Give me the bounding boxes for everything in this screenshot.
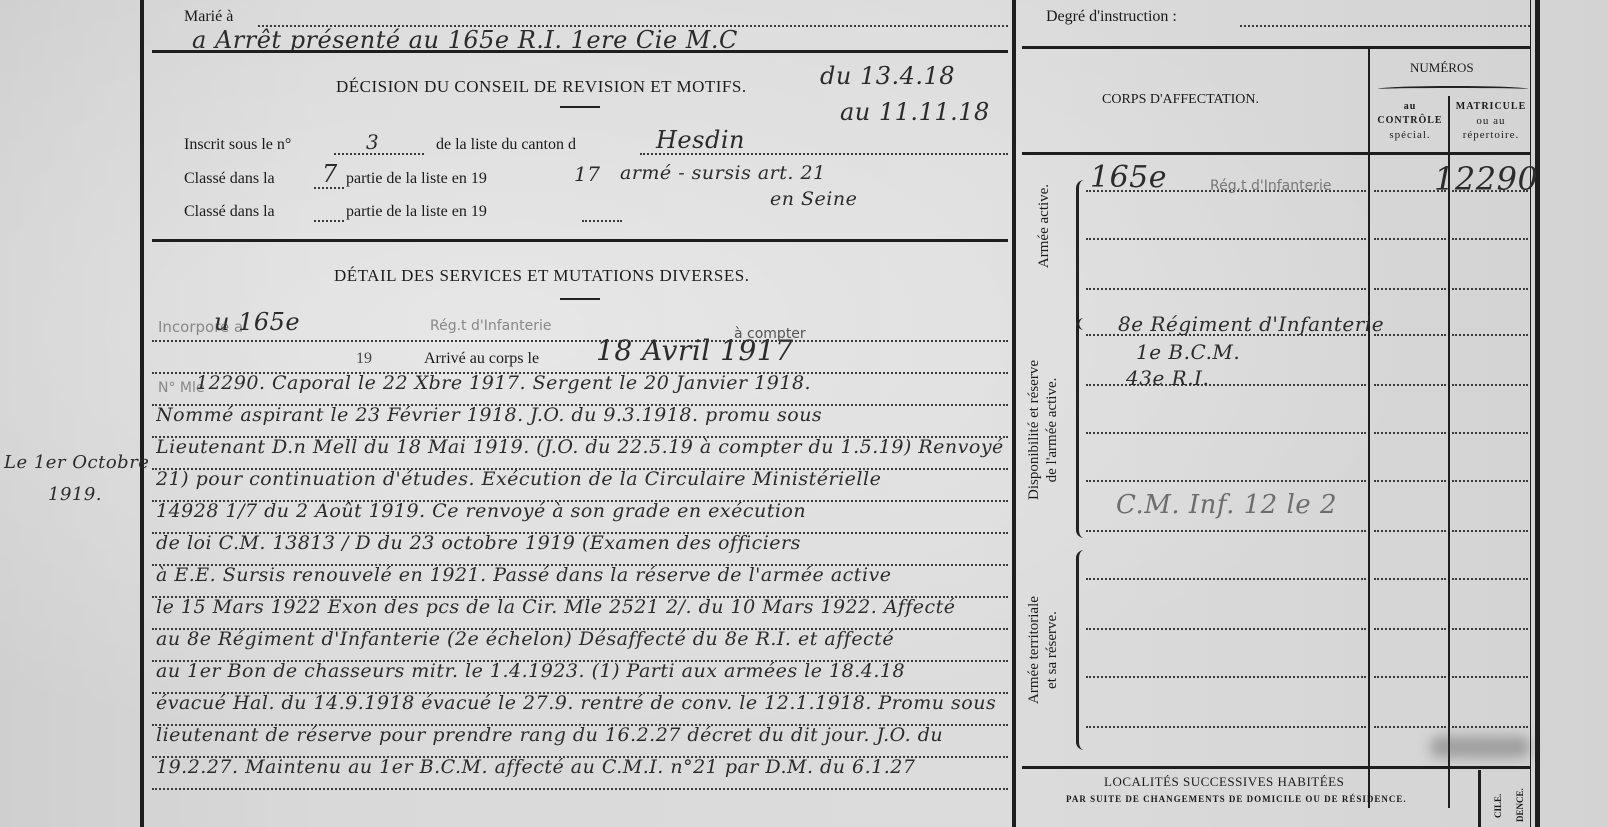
margin-note: Le 1er Octobre — [4, 452, 149, 473]
side-col-1: CILE. — [1490, 794, 1507, 818]
section-territoriale-line2: et sa réserve. — [1044, 560, 1061, 740]
side-col-2: DENCE. — [1512, 788, 1529, 822]
reg-infanterie-stamp: Rég.t d'Infanterie — [430, 318, 551, 334]
section-divider-2 — [152, 239, 1008, 242]
margin-note-year: 1919. — [48, 484, 102, 505]
service-line: de loi C.M. 13813 / D du 23 octobre 1919… — [156, 532, 801, 554]
territoriale-brace — [1076, 550, 1087, 750]
active-entry: 165e — [1090, 160, 1167, 195]
numeros-title: NUMÉROS — [1410, 60, 1474, 76]
classe1-year: 17 — [574, 162, 600, 186]
ruled-line — [152, 340, 1008, 342]
right-ruled-line — [1452, 530, 1528, 532]
arrive-date: 18 Avril 1917 — [596, 334, 793, 367]
service-line: au 1er Bon de chasseurs mitr. le 1.4.192… — [156, 660, 905, 682]
incorpore-value: u 165e — [214, 308, 300, 336]
marie-label: Marié à — [184, 8, 233, 26]
right-ruled-line — [1374, 432, 1446, 434]
right-ruled-line — [1374, 726, 1446, 728]
classe1-label-b: partie de la liste en 19 — [346, 170, 487, 188]
service-line: lieutenant de réserve pour prendre rang … — [156, 724, 943, 746]
col-matricule-3: répertoire. — [1452, 128, 1530, 142]
classe1-partie: 7 — [322, 160, 338, 188]
section-armee-active: Armée active. — [1036, 156, 1053, 296]
right-ruled-line — [1086, 238, 1366, 240]
dispo-note: C.M. Inf. 12 le 2 — [1116, 490, 1337, 520]
service-line: le 15 Mars 1922 Exon des pcs de la Cir. … — [156, 596, 956, 618]
service-line: Lieutenant D.n Mell du 18 Mai 1919. (J.O… — [156, 436, 1008, 458]
inscrit-label: Inscrit sous le n° — [184, 136, 291, 154]
right-ruled-line — [1374, 480, 1446, 482]
service-line: 21) pour continuation d'études. Exécutio… — [156, 468, 881, 490]
right-ruled-line — [1374, 530, 1446, 532]
col-controle-1: au — [1372, 100, 1448, 114]
col-matricule-2: ou au — [1452, 114, 1530, 128]
title-dash — [560, 106, 600, 108]
right-border-inner — [1530, 0, 1531, 827]
right-ruled-line — [1452, 676, 1528, 678]
right-ruled-line — [1452, 480, 1528, 482]
center-divider — [1012, 0, 1016, 827]
canton-value: Hesdin — [656, 126, 745, 154]
numeros-divider — [1368, 48, 1370, 808]
active-matricule: 12290 — [1434, 160, 1538, 198]
right-ruled-line — [1086, 628, 1366, 630]
section-divider-1 — [152, 50, 1008, 53]
right-ruled-line — [1086, 432, 1366, 434]
service-line: à E.E. Sursis renouvelé en 1921. Passé d… — [156, 564, 892, 586]
section-dispo-line1: Disponibilité et réserve — [1026, 320, 1043, 540]
right-ruled-line — [1086, 726, 1366, 728]
right-ruled-line — [1374, 578, 1446, 580]
right-ruled-line — [1452, 238, 1528, 240]
right-ruled-line — [1086, 288, 1366, 290]
classe2-partie-line — [314, 220, 344, 222]
dispo-brace — [1076, 318, 1087, 538]
classe1-label-a: Classé dans la — [184, 170, 275, 188]
military-register-page: Le 1er Octobre 1919. Marié à a Arrêt pré… — [0, 0, 1608, 827]
left-border — [140, 0, 144, 827]
col-controle-3: spécial. — [1372, 128, 1448, 142]
localites-divider — [1478, 770, 1481, 827]
arrive-prefix: 19 — [356, 350, 372, 368]
active-stamp: Rég.t d'Infanterie — [1210, 178, 1331, 194]
classe2-label-b: partie de la liste en 19 — [346, 203, 487, 221]
decision-note-2: au 11.11.18 — [840, 98, 990, 126]
right-ruled-line — [1086, 676, 1366, 678]
right-ruled-line — [1086, 480, 1366, 482]
right-ruled-line — [1086, 530, 1366, 532]
dispo-entry-2: 1e B.C.M. — [1136, 340, 1240, 364]
right-ruled-line — [1452, 578, 1528, 580]
classe2-label-a: Classé dans la — [184, 203, 275, 221]
right-header-top — [1022, 46, 1530, 49]
localites-subtitle: PAR SUITE DE CHANGEMENTS DE DOMICILE OU … — [1066, 794, 1407, 804]
right-ruled-line — [1452, 432, 1528, 434]
right-ruled-line — [1452, 384, 1528, 386]
inscrit-number: 3 — [366, 130, 379, 154]
service-line: 14928 1/7 du 2 Août 1919. Ce renvoyé à s… — [156, 500, 806, 522]
right-ruled-line — [1374, 288, 1446, 290]
service-line: évacué Hal. du 14.9.1918 évacué le 27.9.… — [156, 692, 996, 714]
right-ruled-line — [1452, 628, 1528, 630]
service-line: 19.2.27. Maintenu au 1er B.C.M. affecté … — [156, 756, 915, 778]
right-border — [1535, 0, 1540, 827]
section-dispo-line2: de l'armée active. — [1044, 330, 1061, 530]
dispo-entry-1: 8e Régiment d'Infanterie — [1118, 312, 1384, 336]
ruled-line — [152, 788, 1008, 790]
detail-title: DÉTAIL DES SERVICES ET MUTATIONS DIVERSE… — [334, 266, 749, 286]
right-ruled-line — [1374, 676, 1446, 678]
arrive-label: Arrivé au corps le — [424, 350, 539, 368]
classe2-year-line — [582, 220, 622, 222]
right-ruled-line — [1086, 578, 1366, 580]
right-ruled-line — [1374, 334, 1446, 336]
right-ruled-line — [1452, 334, 1528, 336]
col-controle-2: CONTRÔLE — [1372, 114, 1448, 128]
right-header-bottom — [1022, 152, 1530, 155]
ink-smudge — [1430, 736, 1530, 758]
right-ruled-line — [1452, 288, 1528, 290]
classe1-note-2: en Seine — [770, 188, 857, 210]
corps-title: CORPS D'AFFECTATION. — [1102, 92, 1259, 108]
right-ruled-line — [1374, 238, 1446, 240]
degre-label: Degré d'instruction : — [1046, 8, 1177, 26]
col-matricule-1: MATRICULE — [1452, 100, 1530, 114]
service-line: au 8e Régiment d'Infanterie (2e échelon)… — [156, 628, 894, 650]
classe1-note: armé - sursis art. 21 — [620, 162, 826, 184]
degre-line — [1240, 25, 1530, 27]
localites-title: LOCALITÉS SUCCESSIVES HABITÉES — [1104, 774, 1344, 790]
decision-note-1: du 13.4.18 — [820, 62, 955, 90]
right-ruled-line — [1452, 726, 1528, 728]
active-brace — [1076, 180, 1087, 330]
section-territoriale-line1: Armée territoriale — [1026, 560, 1043, 740]
numeros-brace — [1378, 86, 1528, 92]
right-ruled-line — [1374, 384, 1446, 386]
service-line: Nommé aspirant le 23 Février 1918. J.O. … — [156, 404, 822, 426]
localites-top-line — [1022, 766, 1530, 769]
matricule-divider — [1448, 96, 1450, 808]
right-ruled-line — [1374, 628, 1446, 630]
title-dash-2 — [560, 298, 600, 300]
decision-title: DÉCISION DU CONSEIL DE REVISION ET MOTIF… — [336, 77, 747, 97]
dispo-entry-3: 43e R.I. — [1126, 366, 1209, 390]
liste-canton-label: de la liste du canton d — [436, 136, 576, 154]
service-line: 12290. Caporal le 22 Xbre 1917. Sergent … — [196, 372, 811, 394]
